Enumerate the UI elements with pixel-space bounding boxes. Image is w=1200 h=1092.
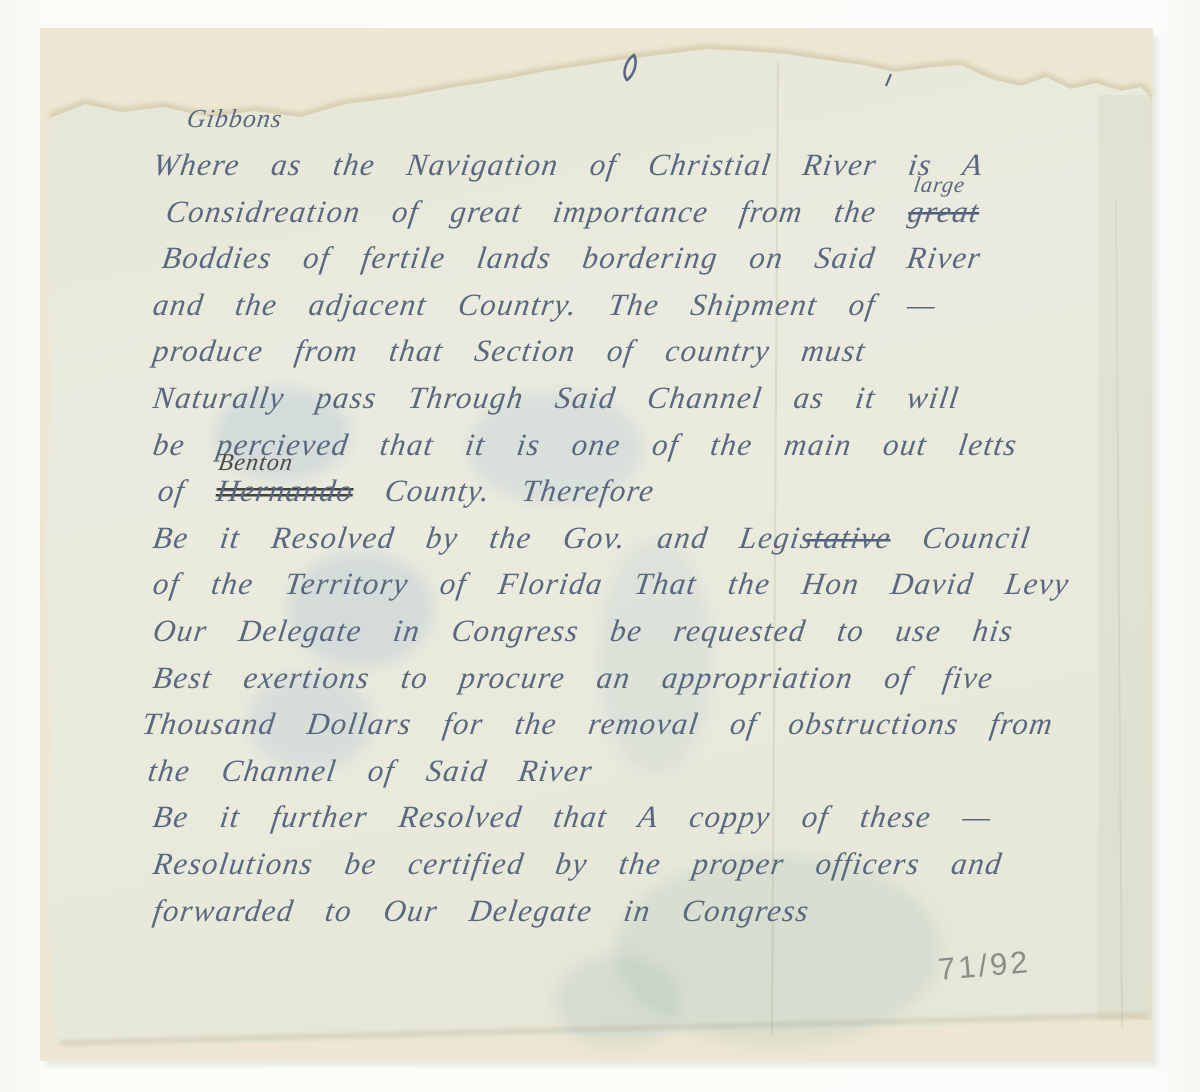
manuscript-segment: Naturally pass Through Said Channel as i… — [151, 380, 962, 415]
manuscript-line: forwarded to Our Delegate in Congress — [150, 888, 1167, 935]
manuscript-segment: County. Therefore — [351, 473, 657, 508]
manuscript-segment-struck-double: Hernando — [214, 473, 356, 508]
manuscript-line: of the Territory of Florida That the Hon… — [150, 561, 1167, 608]
manuscript-segment: Considreation of great importance from t… — [164, 194, 911, 229]
manuscript-line: Thousand Dollars for the removal of obst… — [139, 701, 1167, 748]
manuscript-segment: of — [156, 473, 219, 508]
manuscript-lines: Where as the Navigation of Christial Riv… — [150, 142, 1160, 934]
manuscript-segment: Resolutions be certified by the proper o… — [151, 846, 1005, 881]
manuscript-line: Boddies of fertile lands bordering on Sa… — [159, 235, 1167, 282]
manuscript-segment: Boddies of fertile lands bordering on Sa… — [160, 240, 984, 275]
manuscript-segment: Best exertions to procure an appropriati… — [151, 660, 996, 695]
manuscript-segment: produce from that Section of country mus… — [151, 333, 868, 368]
manuscript-segment: Our Delegate in Congress be requested to… — [151, 613, 1016, 648]
manuscript-segment: Be it further Resolved that A coppy of t… — [151, 799, 994, 834]
manuscript-line: Our Delegate in Congress be requested to… — [150, 608, 1167, 655]
manuscript-line: produce from that Section of country mus… — [150, 328, 1167, 375]
manuscript-segment: Council — [889, 520, 1033, 555]
manuscript-segment: forwarded to Our Delegate in Congress — [151, 893, 812, 928]
manuscript-segment-struck-end: Legistative — [737, 520, 893, 555]
manuscript-segment: Where as the Navigation of Christial Riv… — [151, 147, 986, 182]
manuscript-segment: of the Territory of Florida That the Hon… — [151, 566, 1072, 601]
ink-mark-loop — [620, 52, 640, 84]
ink-mark-tick — [882, 72, 894, 90]
manuscript-line: Considreation of great importance from t… — [163, 189, 1167, 236]
manuscript-segment: Thousand Dollars for the removal of obst… — [140, 706, 1056, 741]
manuscript-segment: Be it Resolved by the Gov. and — [151, 520, 742, 555]
manuscript-line: Naturally pass Through Said Channel as i… — [150, 375, 1167, 422]
manuscript-segment: and the adjacent Country. The Shipment o… — [151, 287, 939, 322]
scanned-manuscript-page: Gibbons Where as the Navigation of Chris… — [0, 0, 1200, 1092]
manuscript-line: and the adjacent Country. The Shipment o… — [150, 282, 1167, 329]
docket-heading: Gibbons — [185, 104, 284, 134]
manuscript-line: Best exertions to procure an appropriati… — [150, 655, 1167, 702]
manuscript-line: Be it further Resolved that A coppy of t… — [150, 794, 1167, 841]
manuscript-line: of BentonHernando County. Therefore — [155, 468, 1167, 515]
manuscript-line: be percieved that it is one of the main … — [150, 422, 1167, 469]
manuscript-line: the Channel of Said River — [145, 748, 1167, 795]
manuscript-segment: the Channel of Said River — [146, 753, 595, 788]
manuscript-line: Resolutions be certified by the proper o… — [150, 841, 1167, 888]
manuscript-line: Where as the Navigation of Christial Riv… — [150, 142, 1167, 189]
manuscript-segment-struck: great — [906, 194, 982, 229]
manuscript-line: Be it Resolved by the Gov. and Legistati… — [150, 515, 1167, 562]
